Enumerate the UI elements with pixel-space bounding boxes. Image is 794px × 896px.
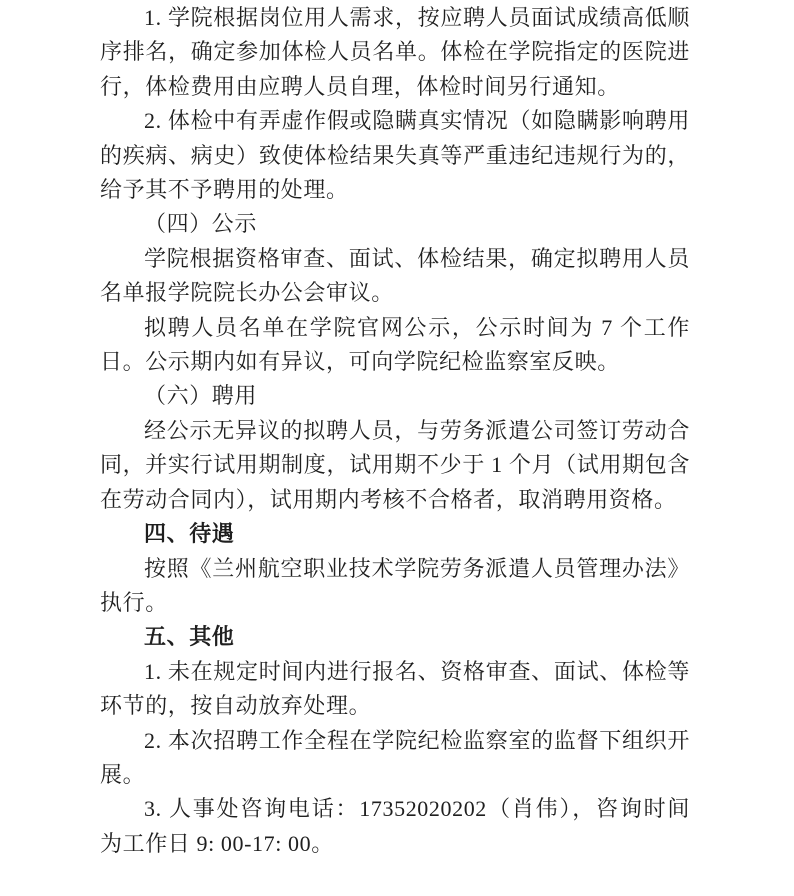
paragraph-supervision: 2. 本次招聘工作全程在学院纪检监察室的监督下组织开展。 — [100, 724, 690, 793]
paragraph-physical-exam-list: 1. 学院根据岗位用人需求，按应聘人员面试成绩高低顺序排名，确定参加体检人员名单… — [100, 1, 690, 104]
paragraph-contract-probation: 经公示无异议的拟聘人员，与劳务派遣公司签订劳动合同，并实行试用期制度，试用期不少… — [100, 414, 690, 517]
section-heading-compensation: 四、待遇 — [100, 517, 690, 551]
document-body: 1. 学院根据岗位用人需求，按应聘人员面试成绩高低顺序排名，确定参加体检人员名单… — [100, 1, 690, 861]
paragraph-physical-exam-fraud: 2. 体检中有弄虚作假或隐瞒真实情况（如隐瞒影响聘用的疾病、病史）致使体检结果失… — [100, 104, 690, 207]
paragraph-publicity-period: 拟聘人员名单在学院官网公示，公示时间为 7 个工作日。公示期内如有异议，可向学院… — [100, 311, 690, 380]
paragraph-compensation-policy: 按照《兰州航空职业技术学院劳务派遣人员管理办法》执行。 — [100, 552, 690, 621]
section-heading-other: 五、其他 — [100, 620, 690, 654]
document-page: 1. 学院根据岗位用人需求，按应聘人员面试成绩高低顺序排名，确定参加体检人员名单… — [0, 0, 794, 896]
section-subheading-employment: （六）聘用 — [100, 379, 690, 413]
paragraph-deadline-waiver: 1. 未在规定时间内进行报名、资格审查、面试、体检等环节的，按自动放弃处理。 — [100, 655, 690, 724]
paragraph-candidate-review: 学院根据资格审查、面试、体检结果，确定拟聘用人员名单报学院院长办公会审议。 — [100, 242, 690, 311]
paragraph-contact-info: 3. 人事处咨询电话：17352020202（肖伟），咨询时间为工作日 9: 0… — [100, 792, 690, 861]
section-subheading-publicity: （四）公示 — [100, 207, 690, 241]
